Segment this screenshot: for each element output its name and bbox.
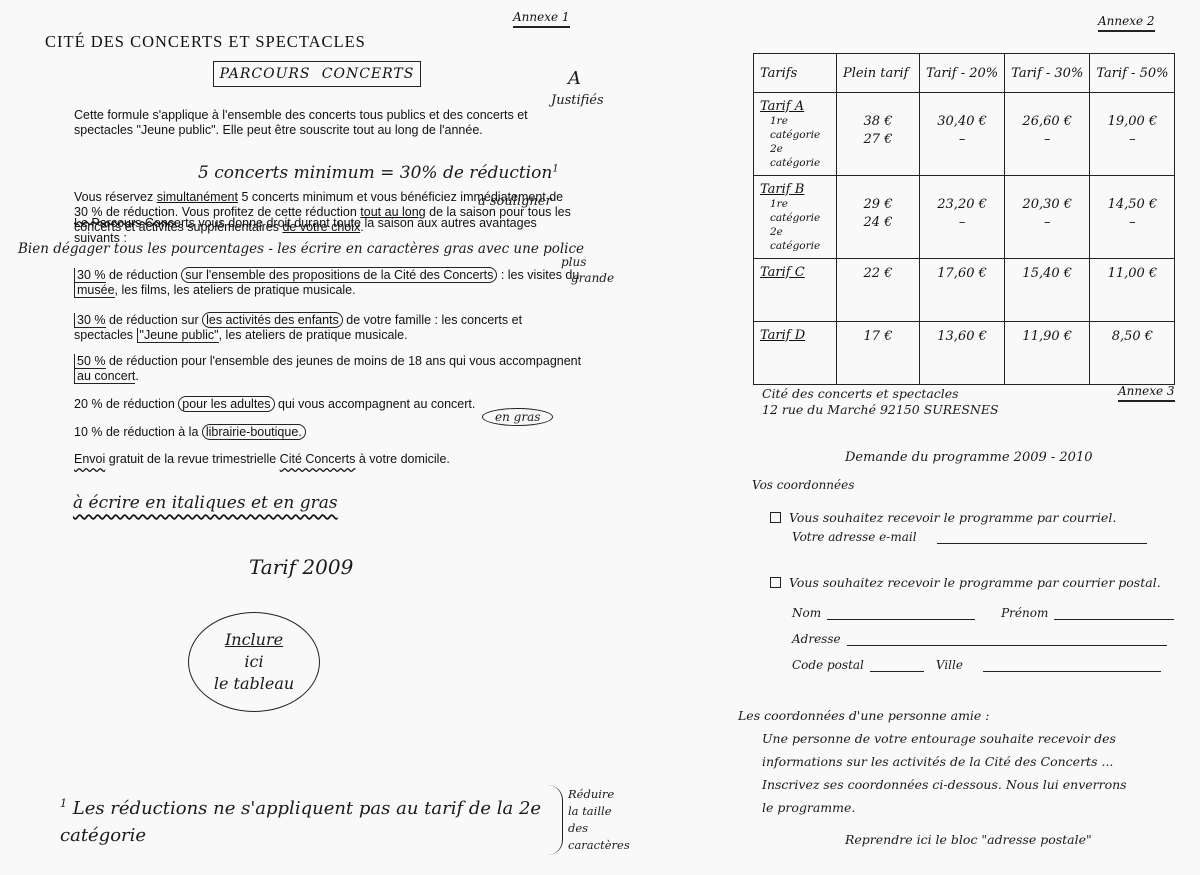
tariff-value-cell: 23,20 €– <box>920 176 1005 259</box>
text: ici <box>244 651 263 673</box>
note-en-gras: en gras <box>482 408 553 426</box>
text: Vous réservez <box>74 190 157 204</box>
tariff-value-cell: 26,60 €– <box>1005 93 1090 176</box>
note-reduire: Réduire la taille des caractères <box>568 786 630 854</box>
tariff-value: 20,30 € <box>1011 196 1083 214</box>
text-cite-concerts: Cité Concerts <box>280 452 356 466</box>
note-souligner: à souligner <box>478 194 552 209</box>
benefit-boxed-text: "Jeune public" <box>137 328 219 343</box>
note-a: A <box>568 68 581 89</box>
ville-field[interactable] <box>983 659 1161 672</box>
table-row: Tarif B1re catégorie2e catégorie29 €24 €… <box>754 176 1175 259</box>
table-header-row: TarifsPlein tarifTarif - 20%Tarif - 30%T… <box>754 54 1175 93</box>
benefit-boxed-text: musée <box>74 283 115 298</box>
address-line: 12 rue du Marché 92150 SURESNES <box>762 402 999 418</box>
tariff-value: – <box>926 131 998 149</box>
tariff-value-cell: 29 €24 € <box>837 176 920 259</box>
table-row: Tarif A1re catégorie2e catégorie38 €27 €… <box>754 93 1175 176</box>
page-title: PARCOURS CONCERTS <box>213 61 421 87</box>
tariff-name-cell: Tarif B1re catégorie2e catégorie <box>754 176 837 259</box>
tariff-name-cell: Tarif C <box>754 259 837 322</box>
tariff-name: Tarif A <box>760 99 830 114</box>
coords-label: Vos coordonnées <box>752 478 854 492</box>
option-postal: Vous souhaitez recevoir le programme par… <box>770 575 1161 590</box>
benefit-item: 10 % de réduction à la librairie-boutiqu… <box>74 425 584 440</box>
tariff-value-cell: 17,60 € <box>920 259 1005 322</box>
benefit-text: de réduction pour l'ensemble des jeunes … <box>106 354 582 368</box>
text: le tableau <box>214 673 294 695</box>
footnote-mark: 1 <box>60 797 67 810</box>
tariff-value: 22 € <box>843 265 913 283</box>
benefit-text: , les films, les ateliers de pratique mu… <box>115 283 356 297</box>
benefit-item: 50 % de réduction pour l'ensemble des je… <box>74 354 584 384</box>
ville-label: Ville <box>936 658 963 672</box>
adresse-field[interactable] <box>847 633 1167 646</box>
tariff-value-cell: 8,50 € <box>1090 322 1175 385</box>
friend-text-line: Inscrivez ses coordonnées ci-dessous. No… <box>738 773 1178 796</box>
tariff-value: 11,90 € <box>1011 328 1083 346</box>
tariff-category: 2e catégorie <box>760 225 830 253</box>
tariff-value: – <box>926 214 998 232</box>
form-title: Demande du programme 2009 - 2010 <box>845 450 1093 465</box>
title-word: CONCERTS <box>322 66 415 82</box>
org-name: CITÉ DES CONCERTS ET SPECTACLES <box>45 32 366 52</box>
tariff-value: 17 € <box>843 328 913 346</box>
benefit-circled-text: pour les adultes <box>178 396 274 412</box>
ville-row: Code postal Ville <box>792 658 1161 672</box>
tariff-name-cell: Tarif D <box>754 322 837 385</box>
tariff-value: 8,50 € <box>1096 328 1168 346</box>
benefit-text: de réduction sur <box>106 313 203 327</box>
table-header-cell: Tarif - 20% <box>920 54 1005 93</box>
friend-text-line: informations sur les activités de la Cit… <box>738 750 1178 773</box>
text-envoi: Envoi <box>74 452 105 466</box>
table-header-cell: Tarifs <box>754 54 837 93</box>
address-block: Cité des concerts et spectacles 12 rue d… <box>762 386 999 418</box>
benefit-text: de réduction <box>103 397 179 411</box>
tariff-name: Tarif C <box>760 265 830 280</box>
tariff-category: 2e catégorie <box>760 142 830 170</box>
benefit-boxed-text: au concert <box>74 369 135 384</box>
tariff-value: 13,60 € <box>926 328 998 346</box>
code-postal-label: Code postal <box>792 658 864 672</box>
nom-field[interactable] <box>827 607 975 620</box>
note-include-table: Inclure ici le tableau <box>188 612 320 712</box>
table-row: Tarif C22 €17,60 €15,40 €11,00 € <box>754 259 1175 322</box>
text: la taille <box>568 803 630 820</box>
code-postal-field[interactable] <box>870 659 924 672</box>
prenom-label: Prénom <box>1001 606 1048 620</box>
tariff-table: TarifsPlein tarifTarif - 20%Tarif - 30%T… <box>753 53 1175 385</box>
table-header-cell: Plein tarif <box>837 54 920 93</box>
tariff-value: 30,40 € <box>926 113 998 131</box>
note-italiques: à écrire en italiques et en gras <box>73 493 338 513</box>
benefit-percent: 30 % <box>74 268 106 283</box>
text: Réduire <box>568 786 630 803</box>
tariff-value: – <box>1096 131 1168 149</box>
note-justifies: Justifiés <box>551 93 604 108</box>
note-reprendre-bloc: Reprendre ici le bloc "adresse postale" <box>845 832 1092 847</box>
annex-3-label: Annexe 3 <box>1118 384 1175 402</box>
tariff-value-cell: 20,30 €– <box>1005 176 1090 259</box>
tariff-value-cell: 19,00 €– <box>1090 93 1175 176</box>
tariff-value-cell: 11,00 € <box>1090 259 1175 322</box>
tariff-value: 29 € <box>843 196 913 214</box>
benefit-text: . <box>135 369 138 383</box>
benefit-text: qui vous accompagnent au concert. <box>275 397 476 411</box>
benefit-circled-text: les activités des enfants <box>202 312 343 328</box>
tariff-value-cell: 30,40 €– <box>920 93 1005 176</box>
text: gratuit de la revue trimestrielle <box>105 452 279 466</box>
benefit-circled-text: librairie-boutique. <box>202 424 306 440</box>
benefit-text: , les ateliers de pratique musicale. <box>219 328 408 342</box>
tariff-value-cell: 38 €27 € <box>837 93 920 176</box>
intro-paragraph: Cette formule s'applique à l'ensemble de… <box>74 108 574 138</box>
tariff-value-cell: 22 € <box>837 259 920 322</box>
tariff-value: 11,00 € <box>1096 265 1168 283</box>
address-line: Cité des concerts et spectacles <box>762 386 999 402</box>
tariff-value: 17,60 € <box>926 265 998 283</box>
table-row: Tarif D17 €13,60 €11,90 €8,50 € <box>754 322 1175 385</box>
table-header-cell: Tarif - 50% <box>1090 54 1175 93</box>
tariff-category: 1re catégorie <box>760 114 830 142</box>
tariff-value: – <box>1096 214 1168 232</box>
adresse-label: Adresse <box>792 632 841 646</box>
benefit-item: 30 % de réduction sur l'ensemble des pro… <box>74 268 584 298</box>
tariff-value: 38 € <box>843 113 913 131</box>
tariff-value: 14,50 € <box>1096 196 1168 214</box>
tariff-value: – <box>1011 214 1083 232</box>
tariff-value: 19,00 € <box>1096 113 1168 131</box>
tariff-value: 24 € <box>843 214 913 232</box>
headline-text: 5 concerts minimum = 30% de réduction <box>198 163 552 183</box>
friend-text-line: le programme. <box>738 796 1178 819</box>
tariff-category: 1re catégorie <box>760 197 830 225</box>
option-postal-label: Vous souhaitez recevoir le programme par… <box>789 575 1161 590</box>
name-row: Nom Prénom <box>792 606 1174 620</box>
friend-section: Les coordonnées d'une personne amie : Un… <box>738 704 1178 819</box>
text-simultanement: simultanément <box>157 190 238 204</box>
nom-label: Nom <box>792 606 821 620</box>
tariff-value: 23,20 € <box>926 196 998 214</box>
text: à votre domicile. <box>355 452 449 466</box>
friend-title: Les coordonnées d'une personne amie : <box>738 704 1178 727</box>
benefit-circled-text: sur l'ensemble des propositions de la Ci… <box>181 267 497 283</box>
benefit-text: de réduction à la <box>103 425 202 439</box>
tariff-name: Tarif B <box>760 182 830 197</box>
benefit-percent: 50 % <box>74 354 106 369</box>
note-tarif-2009: Tarif 2009 <box>249 555 353 579</box>
benefit-percent: 30 % <box>74 313 106 328</box>
benefit-item: 30 % de réduction sur les activités des … <box>74 313 584 343</box>
benefit-percent: 20 % <box>74 397 103 411</box>
option-email-label: Vous souhaitez recevoir le programme par… <box>789 510 1116 525</box>
tariff-value: 15,40 € <box>1011 265 1083 283</box>
title-word: PARCOURS <box>220 66 311 82</box>
text: caractères <box>568 837 630 854</box>
revue-line: Envoi gratuit de la revue trimestrielle … <box>74 452 450 467</box>
tariff-value: – <box>1011 131 1083 149</box>
benefit-percent: 10 % <box>74 425 103 439</box>
tariff-value-cell: 15,40 € <box>1005 259 1090 322</box>
table-body: Tarif A1re catégorie2e catégorie38 €27 €… <box>754 93 1175 385</box>
adresse-row: Adresse <box>792 632 1167 646</box>
tariff-value-cell: 11,90 € <box>1005 322 1090 385</box>
headline: 5 concerts minimum = 30% de réduction1 <box>198 163 559 183</box>
benefit-text: : les visites du <box>497 268 579 282</box>
footnote-mark: 1 <box>552 163 558 174</box>
prenom-field[interactable] <box>1054 607 1174 620</box>
email-row: Votre adresse e-mail <box>792 530 1147 544</box>
note-degager: Bien dégager tous les pourcentages - les… <box>18 241 598 257</box>
friend-text-line: Une personne de votre entourage souhaite… <box>738 727 1178 750</box>
bracket <box>548 785 563 855</box>
annex-2-label: Annexe 2 <box>1098 14 1155 32</box>
email-label: Votre adresse e-mail <box>792 530 917 544</box>
benefit-text: de réduction <box>106 268 182 282</box>
tariff-value: 27 € <box>843 131 913 149</box>
footnote: 1 Les réductions ne s'appliquent pas au … <box>60 790 560 849</box>
footnote-text: Les réductions ne s'appliquent pas au ta… <box>60 798 541 846</box>
tariff-value-cell: 13,60 € <box>920 322 1005 385</box>
email-field[interactable] <box>937 531 1147 544</box>
text: Inclure <box>225 629 283 651</box>
tariff-value: 26,60 € <box>1011 113 1083 131</box>
tariff-name-cell: Tarif A1re catégorie2e catégorie <box>754 93 837 176</box>
table-header-cell: Tarif - 30% <box>1005 54 1090 93</box>
option-email: Vous souhaitez recevoir le programme par… <box>770 510 1116 525</box>
email-checkbox[interactable] <box>770 512 781 523</box>
tariff-name: Tarif D <box>760 328 830 343</box>
tariff-value-cell: 17 € <box>837 322 920 385</box>
tariff-value-cell: 14,50 €– <box>1090 176 1175 259</box>
postal-checkbox[interactable] <box>770 577 781 588</box>
annex-1-label: Annexe 1 <box>513 10 570 28</box>
text: des <box>568 820 630 837</box>
